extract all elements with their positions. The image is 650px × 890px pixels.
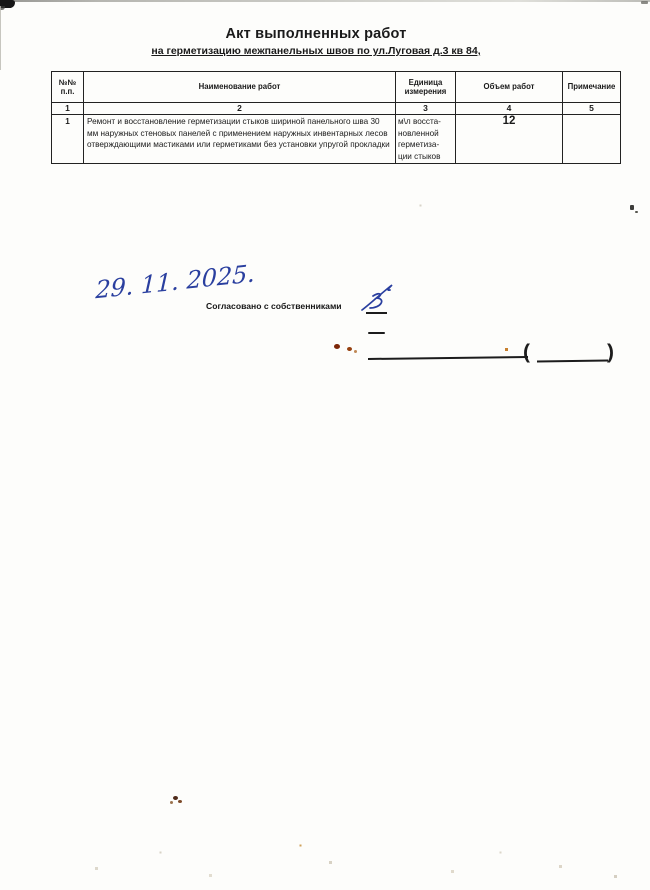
ink-speck [178, 800, 182, 803]
colnum-3: 3 [396, 103, 456, 115]
short-dash-mark [368, 332, 385, 334]
ink-speck [170, 801, 173, 804]
header-work-name: Наименование работ [84, 72, 396, 103]
ink-speck [173, 796, 178, 800]
paren-open: ( [523, 342, 530, 365]
ink-stain [334, 344, 340, 349]
cell-work-name: Ремонт и восстановление герметизации сты… [84, 115, 396, 164]
name-line [537, 360, 608, 363]
ink-stain [354, 350, 357, 353]
column-number-row: 1 2 3 4 5 [52, 103, 621, 115]
small-dark-mark [630, 205, 634, 210]
cell-volume: 12 [456, 115, 563, 164]
header-note: Примечание [563, 72, 621, 103]
signature-underline [366, 312, 387, 314]
agreement-text: Согласовано с собственниками [206, 301, 342, 311]
signature-line [368, 356, 528, 360]
table-header-row: №№ п.п. Наименование работ Единица измер… [52, 72, 621, 103]
scanned-document-page: Акт выполненных работ на герметизацию ме… [0, 0, 650, 890]
handwritten-date: 29. 11. 2025. [95, 259, 255, 304]
scan-top-edge-line [0, 0, 650, 2]
ink-stain [347, 347, 352, 351]
header-volume: Объем работ [456, 72, 563, 103]
header-num: №№ п.п. [52, 72, 84, 103]
cell-row-number: 1 [52, 115, 84, 164]
header-unit: Единица измерения [396, 72, 456, 103]
document-subtitle: на герметизацию межпанельных швов по ул.… [0, 45, 632, 57]
colnum-5: 5 [563, 103, 621, 115]
table-row: 1 Ремонт и восстановление герметизации с… [52, 115, 621, 164]
colnum-2: 2 [84, 103, 396, 115]
works-table: №№ п.п. Наименование работ Единица измер… [51, 71, 621, 164]
paren-close: ) [607, 342, 614, 365]
cell-note [563, 115, 621, 164]
cell-unit: м\л восста- новленной герметиза- ции сты… [396, 115, 456, 164]
signature-flourish-icon [360, 283, 394, 313]
scan-speckles [0, 0, 1, 1]
small-dark-mark-2 [635, 211, 638, 213]
scan-top-right-mark [641, 1, 648, 4]
document-title: Акт выполненных работ [0, 26, 632, 42]
colnum-1: 1 [52, 103, 84, 115]
colnum-4: 4 [456, 103, 563, 115]
